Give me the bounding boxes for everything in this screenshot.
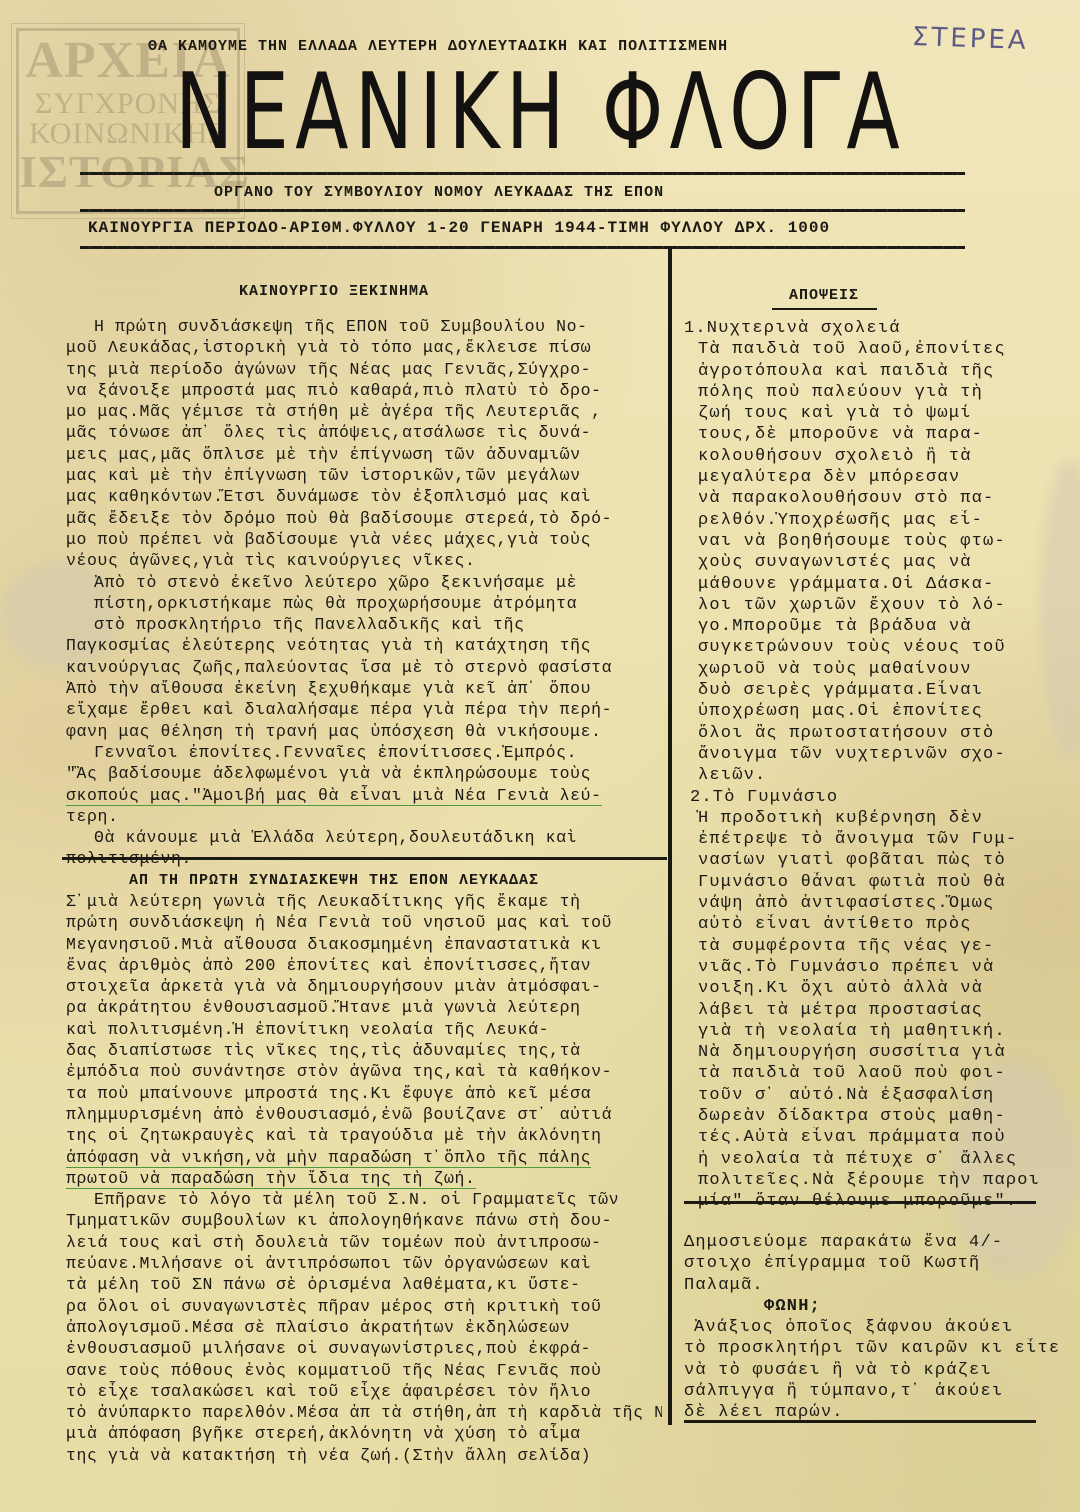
text-line: πίστη,ορκιστήκαμε πὼς θὰ προχωρήσουμε ἀτ… xyxy=(66,593,662,614)
text-line: γο.Μποροῦμε τὰ βράδυα νὰ xyxy=(684,616,1064,637)
text-line: τὸ ἀνύπαρκτο παρελθόν.Μέσα ἀπ τὰ στήθη,ἀ… xyxy=(66,1402,662,1423)
underlined-text: ἀπόφαση νὰ νικήση,νὰ μὴν παραδώση τ᾽ὅπλο… xyxy=(66,1148,591,1168)
text-line: δωρεὰν δίδακτρα στοὺς μαθη- xyxy=(684,1106,1064,1127)
text-line: Παλαμᾶ. xyxy=(684,1275,1064,1296)
text-line: νάψη ἀπὸ ἀντιφασίστες.Ὅμως xyxy=(684,893,1064,914)
text-line: Δημοσιεύομε παρακάτω ἕνα 4/- xyxy=(684,1232,1064,1253)
text-line: λειά τους καὶ στὴ δουλειὰ τῶν τομέων ποὺ… xyxy=(66,1232,662,1253)
underlined-text: σκοπούς μας."Ἀμοιβή μας θὰ εἶναι μιὰ Νέα… xyxy=(66,786,602,806)
text-line: μᾶς τόνωσε ἀπ᾽ ὅλες τὶς ἀπόψεις,ατσάλωσε… xyxy=(66,422,662,443)
text-line: δας διαπίστωσε τὶς νῖκες της,τὶς ἀδυναμί… xyxy=(66,1040,662,1061)
section-subheading: 2.Τὸ Γυμνάσιο xyxy=(684,787,1064,808)
text-line: ἀπόφαση νὰ νικήση,νὰ μὴν παραδώση τ᾽ὅπλο… xyxy=(66,1147,662,1168)
text-line: πόλης ποὺ παλεύουν γιὰ τὴ xyxy=(684,382,1064,403)
text-line: ἀπολογισμοῦ.Μέσα σὲ πλαίσιο ἀκρατήτων ἐκ… xyxy=(66,1317,662,1338)
text-line: Γενναῖοι ἐπονίτες.Γενναῖες ἐπονίτισσες.Ἐ… xyxy=(66,742,662,763)
article-new-start: ΚΑΙΝΟΥΡΓΙΟ ΞΕΚΙΝΗΜΑ Η πρώτη συνδιάσκεψη … xyxy=(66,283,662,870)
issue-info: ΚΑΙΝΟΥΡΓΙΑ ΠΕΡΙΟΔΟ-ΑΡΙΘΜ.ΦΥΛΛΟΥ 1-20 ΓΕΝ… xyxy=(88,219,830,237)
text-line: Νὰ δημιουργήση συσσίτια γιὰ xyxy=(684,1042,1064,1063)
text-line: τὰ μέλη τοῦ ΣΝ πάνω σὲ ὁρισμένα λαθέματα… xyxy=(66,1274,662,1295)
text-line: Θὰ κάνουμε μιὰ Ἑλλάδα λεύτερη,δουλευτάδι… xyxy=(66,827,662,848)
text-line: καινούργιας ζωῆς,παλεύοντας ἴσα μὲ τὸ στ… xyxy=(66,657,662,678)
section-subheading: 1.Νυχτερινὰ σχολειά xyxy=(684,318,1064,339)
text-line: μεγαλύτερα δὲν μπόρεσαν xyxy=(684,467,1064,488)
text-line: ρα ἀκράτητου ἐνθουσιασμοῦ.Ἤτανε μιὰ γωνι… xyxy=(66,997,662,1018)
text-line: μας καθηκόντων.Ἔτσι δυνάμωσε τὸν ἐξοπλισ… xyxy=(66,486,662,507)
text-line: νιᾶς.Τὸ Γυμνάσιο πρέπει νὰ xyxy=(684,957,1064,978)
text-line: Μεγανησιοῦ.Μιὰ αἴθουσα διακοσμημένη ἐπαν… xyxy=(66,934,662,955)
text-line: Η πρώτη συνδιάσκεψη τῆς ΕΠΟΝ τοῦ Συμβουλ… xyxy=(66,316,662,337)
poem-line: νὰ τὸ φυσάει ἢ νὰ τὸ κράζει xyxy=(684,1360,1064,1381)
text-line: στοιχο ἐπίγραμμα τοῦ Κωστῆ xyxy=(684,1253,1064,1274)
text-line: τὰ συμφέροντα τῆς νέας γε- xyxy=(684,936,1064,957)
text-line: νοιξη.Κι ὄχι αὐτὸ ἀλλὰ νὰ xyxy=(684,978,1064,999)
text-line: γιὰ τὴ νεολαία τὴ μαθητική. xyxy=(684,1021,1064,1042)
text-line: ἀγροτόπουλα καὶ παιδιὰ τῆς xyxy=(684,361,1064,382)
text-line: πλημμυρισμένη ἀπὸ ἐνθουσιασμό,ἐνῶ βουίζα… xyxy=(66,1104,662,1125)
text-line: της μιὰ περίοδο ἀγώνων τῆς Νέας μας Γενι… xyxy=(66,359,662,380)
text-line: σκοπούς μας."Ἀμοιβή μας θὰ εἶναι μιὰ Νέα… xyxy=(66,785,662,806)
text-line: τα ποὺ μπαίνουνε μπροστά της.Κι ἔφυγε ἀπ… xyxy=(66,1083,662,1104)
text-line: χοὺς συναγωνιστές μας νὰ xyxy=(684,552,1064,573)
text-line: μιὰ ἀπόφαση βγῆκε στερεή,ἀκλόνητη νὰ χύσ… xyxy=(66,1423,662,1444)
divider-rule xyxy=(80,246,965,249)
text-line: ἡ νεολαία τὰ πέτυχε σ᾽ ἄλλες xyxy=(684,1149,1064,1170)
article-first-conference: ΑΠ ΤΗ ΠΡΩΤΗ ΣΥΝΔΙΑΣΚΕΨΗ ΤΗΣ ΕΠΟΝ ΛΕΥΚΑΔΑ… xyxy=(66,872,662,1466)
text-line: της οἱ ζητωκραυγὲς καὶ τὰ τραγούδια μὲ τ… xyxy=(66,1125,662,1146)
text-line: Επῆρανε τὸ λόγο τὰ μέλη τοῦ Σ.Ν. οἱ Γραμ… xyxy=(66,1189,662,1210)
text-line: μᾶς ἔδειξε τὸν δρόμο ποὺ θὰ βαδίσουμε στ… xyxy=(66,508,662,529)
section-divider xyxy=(62,857,667,860)
text-line: ναι νὰ βοηθήσουμε τοὺς φτω- xyxy=(684,531,1064,552)
article-heading: ΑΠ ΤΗ ΠΡΩΤΗ ΣΥΝΔΙΑΣΚΕΨΗ ΤΗΣ ΕΠΟΝ ΛΕΥΚΑΔΑ… xyxy=(66,872,662,889)
handwritten-annotation: ΣΤΕΡΕΑ xyxy=(912,22,1030,56)
text-line: αὐτὸ εἶναι ἀντίθετο πρὸς xyxy=(684,914,1064,935)
text-line: νὰ παρακολουθήσουν στὸ πα- xyxy=(684,488,1064,509)
text-line: πρωτοῦ νὰ παραδώση τὴν ἴδια της τὴ ζωή. xyxy=(66,1168,662,1189)
text-line: χωριοῦ νὰ τοὺς μαθαίνουν xyxy=(684,659,1064,680)
text-line: λοι τῶν χωριῶν ἔχουν τὸ λό- xyxy=(684,595,1064,616)
poem-title: ΦΩΝΗ; xyxy=(684,1296,1064,1317)
text-line: ζωή τους καὶ γιὰ τὸ ψωμί xyxy=(684,403,1064,424)
text-line: να ξάνοιξε μπροστά μας πιὸ καθαρά,πιὸ πλ… xyxy=(66,380,662,401)
text-line: πεύανε.Μιλήσανε οἱ ἀντιπρόσωποι τῶν ὀργα… xyxy=(66,1253,662,1274)
text-line: της γιὰ νὰ κατακτήση τὴ νέα ζωή.(Στὴν ἄλ… xyxy=(66,1445,662,1466)
article-body: Η πρώτη συνδιάσκεψη τῆς ΕΠΟΝ τοῦ Συμβουλ… xyxy=(66,316,662,870)
text-line: Γυμνάσιο θἆναι φωτιὰ ποὺ θὰ xyxy=(684,872,1064,893)
text-line: τὸ εἶχε τσαλακώσει καὶ τοῦ εἶχε ἀφαιρέσε… xyxy=(66,1381,662,1402)
text-line: ἄνοιγμα τῶν νυχτερινῶν σχο- xyxy=(684,744,1064,765)
text-line: Σ᾽μιὰ λεύτερη γωνιὰ τῆς Λευκαδίτικης γῆς… xyxy=(66,891,662,912)
text-line: ρελθόν.Ὑποχρέωσῆς μας εἶ- xyxy=(684,510,1064,531)
text-line: τές.Αὐτὰ εἶναι πράμματα ποὺ xyxy=(684,1127,1064,1148)
text-line: εἴχαμε ἔρθει καὶ διαλαλήσαμε πέρα γιὰ πέ… xyxy=(66,699,662,720)
article-views: ΑΠΟΨΕΙΣ 1.Νυχτερινὰ σχολειά Τὰ παιδιὰ το… xyxy=(684,287,1064,1212)
text-line: στὸ προσκλητήριο τῆς Πανελλαδικῆς καὶ τῆ… xyxy=(66,614,662,635)
text-line: μας καὶ μὲ τὴν ἐπίγνωση τῶν ἱστορικῶν,τῶ… xyxy=(66,465,662,486)
poem-line: τὸ προσκλητήρι τῶν καιρῶν κι εἶτε xyxy=(684,1338,1064,1359)
text-line: Ἀπὸ τὴν αἴθουσα ἐκείνη ξεχυθήκαμε γιὰ κε… xyxy=(66,678,662,699)
text-line: τοῦν σ᾽ αὐτό.Νὰ ἐξασφαλίση xyxy=(684,1085,1064,1106)
text-line: ἐνθουσιασμοῦ μιλήσανε οἱ συναγωνίστριες,… xyxy=(66,1338,662,1359)
text-line: ὑποχρέωση μας.Οἱ ἐπονίτες xyxy=(684,701,1064,722)
text-line: τερη. xyxy=(66,806,662,827)
text-line: νασίων γιατὶ φοβᾶται πὼς τὸ xyxy=(684,850,1064,871)
text-line: καὶ πολιτισμένη.Ἡ ἐπονίτικη νεολαία τῆς … xyxy=(66,1019,662,1040)
poem-line: σάλπιγγα ἢ τύμπανο,τ᾽ ἀκούει xyxy=(684,1381,1064,1402)
text-line: μο ποὺ πρέπει νὰ βαδίσουμε γιὰ νέες μάχε… xyxy=(66,529,662,550)
text-line: σανε τοὺς πόθους ἑνὸς κομματιοῦ τῆς Νέας… xyxy=(66,1360,662,1381)
text-line: ἕνας ἀριθμὸς ἀπὸ 200 ἐπονίτες καὶ ἐπονίτ… xyxy=(66,955,662,976)
article-epigram: Δημοσιεύομε παρακάτω ἕνα 4/- στοιχο ἐπίγ… xyxy=(684,1232,1064,1424)
text-line: συγκετρώνουν τοὺς νέους τοῦ xyxy=(684,637,1064,658)
heading-underline xyxy=(772,308,877,310)
article-body: Σ᾽μιὰ λεύτερη γωνιὰ τῆς Λευκαδίτικης γῆς… xyxy=(66,891,662,1466)
section-divider xyxy=(684,1420,1036,1423)
text-line: λάβει τὰ μέτρα προστασίας xyxy=(684,1000,1064,1021)
text-line: ἐμπόδια ποὺ συνάντησε στὸν ἀγῶνα της,καὶ… xyxy=(66,1061,662,1082)
text-line: μοῦ Λευκάδας,ἱστορικὴ γιὰ τὸ τόπο μας,ἔκ… xyxy=(66,337,662,358)
text-line: Τμηματικῶν συμβουλίων κι ἀπολογηθήκανε π… xyxy=(66,1210,662,1231)
text-line: φανη μας θέληση τὴ τρανή μας ὑπόσχεση θὰ… xyxy=(66,721,662,742)
text-line: στοιχεῖα ἀρκετὰ γιὰ νὰ δημιουργήσουν μιὰ… xyxy=(66,976,662,997)
article-heading: ΑΠΟΨΕΙΣ xyxy=(724,287,924,304)
text-line: πρώτη συνδιάσκεψη ἡ Νέα Γενιὰ τοῦ νησιοῦ… xyxy=(66,912,662,933)
text-line: ἐπέτρεψε τὸ ἄνοιγμα τῶν Γυμ- xyxy=(684,829,1064,850)
text-line: μάθουνε γράμματα.Οἱ Δάσκα- xyxy=(684,574,1064,595)
article-body: Δημοσιεύομε παρακάτω ἕνα 4/- στοιχο ἐπίγ… xyxy=(684,1232,1064,1424)
section-divider xyxy=(684,1201,1036,1204)
text-line: τὰ παιδιὰ τοῦ λαοῦ ποὺ φοι- xyxy=(684,1063,1064,1084)
poem-line: Ἀνάξιος ὁποῖος ξάφνου ἀκούει xyxy=(684,1317,1064,1338)
text-line: κολουθήσουν σχολειὸ ἢ τὰ xyxy=(684,446,1064,467)
text-line: ὅλοι ἂς πρωτοστατήσουν στὸ xyxy=(684,723,1064,744)
text-line: μεις μας,μᾶς ὅπλισε μὲ τὴν ἐπίγνωση τῶν … xyxy=(66,444,662,465)
divider-rule xyxy=(80,209,965,212)
underlined-text: πρωτοῦ νὰ παραδώση τὴν ἴδια της τὴ ζωή. xyxy=(66,1169,476,1189)
publication-subtitle: ΟΡΓΑΝΟ ΤΟΥ ΣΥΜΒΟΥΛΙΟΥ ΝΟΜΟΥ ΛΕΥΚΑΔΑΣ ΤΗΣ… xyxy=(214,184,664,201)
text-line: "Ἂς βαδίσουμε ἀδελφωμένοι γιὰ νὰ ἐκπληρώ… xyxy=(66,763,662,784)
article-body: 1.Νυχτερινὰ σχολειά Τὰ παιδιὰ τοῦ λαοῦ,ἐ… xyxy=(684,318,1064,1212)
text-line: Ἡ προδοτικὴ κυβέρνηση δὲν xyxy=(684,808,1064,829)
text-line: λειῶν. xyxy=(684,765,1064,786)
text-line: Ἀπὸ τὸ στενὸ ἐκεῖνο λεύτερο χῶρο ξεκινήσ… xyxy=(66,572,662,593)
article-heading: ΚΑΙΝΟΥΡΓΙΟ ΞΕΚΙΝΗΜΑ xyxy=(66,283,662,300)
text-line: πολιτεῖες.Νὰ ξέρουμε τὴν παροι xyxy=(684,1170,1064,1191)
text-line: τους,δὲ μποροῦνε νὰ παρα- xyxy=(684,424,1064,445)
text-line: δυὸ σειρὲς γράμματα.Εἶναι xyxy=(684,680,1064,701)
text-line: ρα ὅλοι οἱ συναγωνιστὲς πῆραν μέρος στὴ … xyxy=(66,1296,662,1317)
column-divider xyxy=(668,247,672,1425)
text-line: μο μας.Μᾶς γέμισε τὰ στήθη μὲ ἀγέρα τῆς … xyxy=(66,401,662,422)
newspaper-title: ΝΕΑΝΙΚΗ ΦΛΟΓΑ xyxy=(175,60,721,165)
text-line: Τὰ παιδιὰ τοῦ λαοῦ,ἐπονίτες xyxy=(684,339,1064,360)
text-line: Παγκοσμίας ἐλεύτερης νεότητας γιὰ τὴ κατ… xyxy=(66,635,662,656)
divider-rule xyxy=(80,172,965,175)
text-line: νέους ἀγῶνες,γιὰ τὶς καινούργιες νῖκες. xyxy=(66,550,662,571)
